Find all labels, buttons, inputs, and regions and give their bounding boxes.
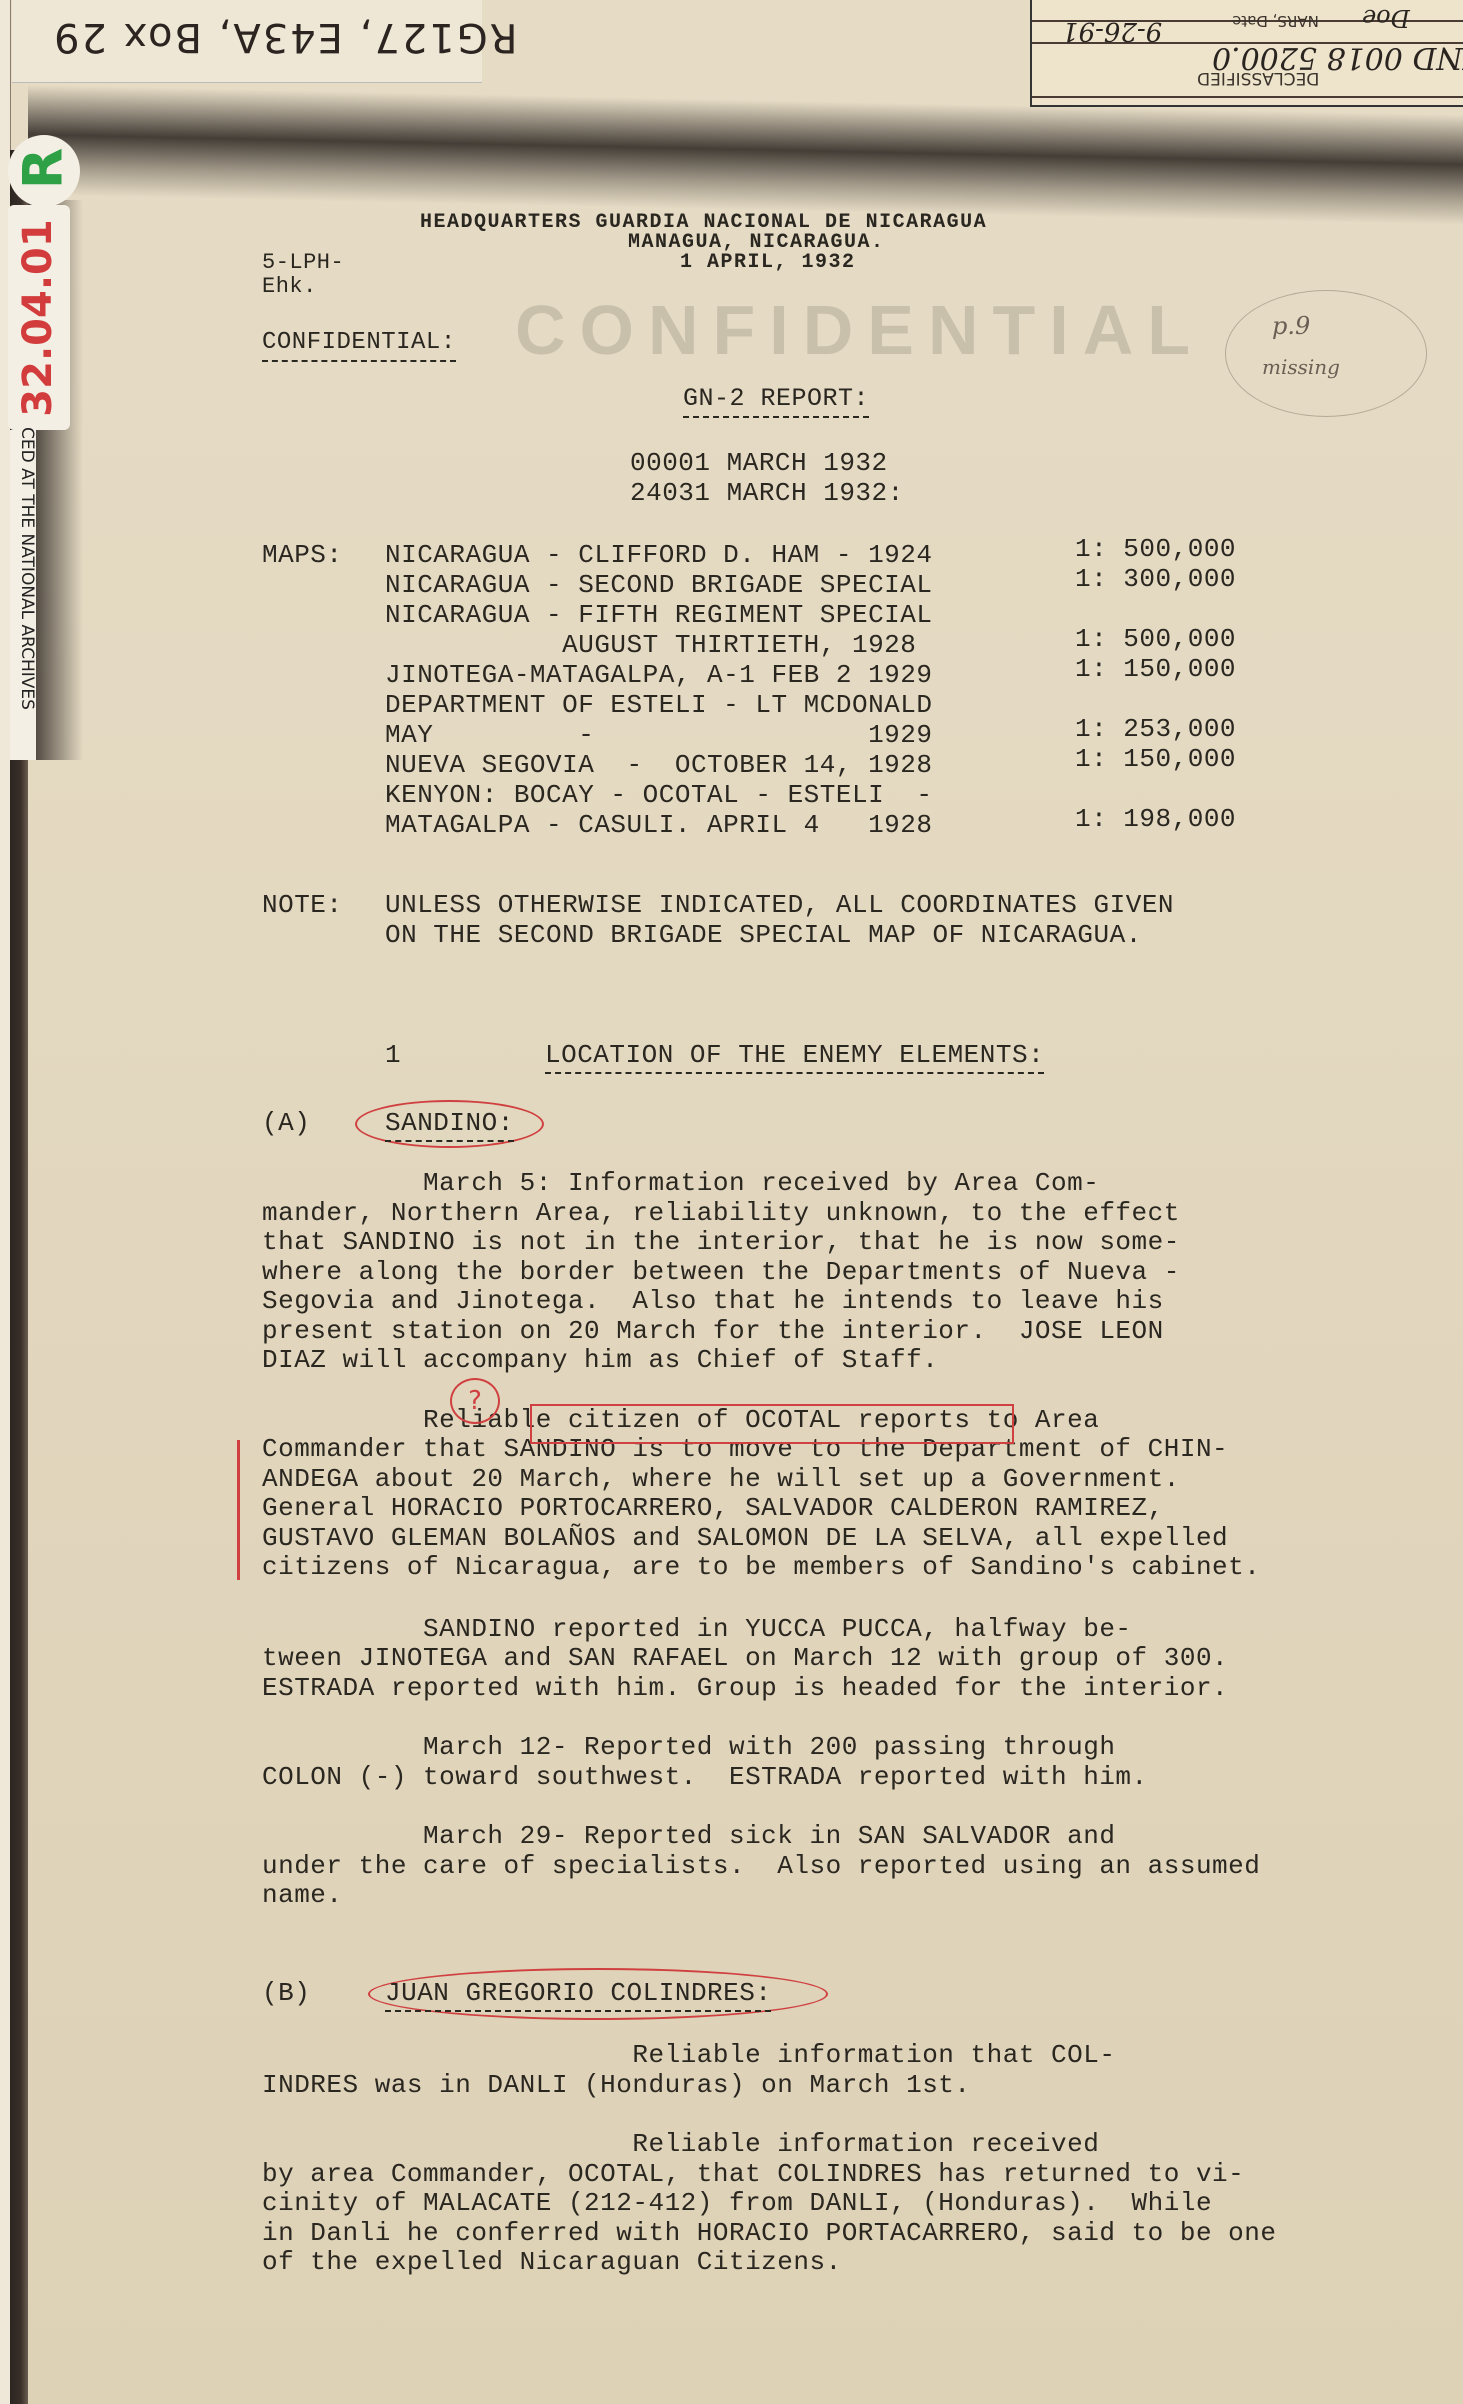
body-line: SANDINO reported in YUCCA PUCCA, halfway… <box>262 1614 1132 1644</box>
confidential-label: CONFIDENTIAL: <box>262 328 456 362</box>
date-line: 1 APRIL, 1932 <box>680 248 856 278</box>
pencil-note-circle <box>1225 290 1427 417</box>
map-scale: 1: 150,000 <box>1075 654 1236 684</box>
file-number: 32.04.01 <box>15 213 61 423</box>
review-mark-letter: R <box>11 148 74 190</box>
stamp-by: Doe <box>1362 4 1410 32</box>
stamp-declassified-label: DECLASSIFIED <box>1197 68 1319 88</box>
body-line: March 29- Reported sick in SAN SALVADOR … <box>262 1821 1115 1851</box>
map-scale: 1: 150,000 <box>1075 744 1236 774</box>
archive-label: RG127, E43A, Box 29 <box>12 0 482 83</box>
archives-stamp: CED AT THE NATIONAL ARCHIVES <box>10 430 36 760</box>
body-line: COLON (-) toward southwest. ESTRADA repo… <box>262 1762 1148 1792</box>
map-name: MAY - 1929 <box>385 720 933 750</box>
declassification-stamp: 9-26-91 NARS, Date Doe NND 0018 5200.0 D… <box>1030 0 1463 107</box>
body-line: tween JINOTEGA and SAN RAFAEL on March 1… <box>262 1643 1228 1673</box>
body-line: DIAZ will accompany him as Chief of Staf… <box>262 1345 938 1375</box>
pencil-note-page: p.9 <box>1272 312 1310 340</box>
maps-label: MAPS: <box>262 540 343 570</box>
map-scale: 1: 300,000 <box>1075 564 1236 594</box>
stamp-nars-date-label: NARS, Date <box>1232 12 1319 30</box>
map-name: NICARAGUA - SECOND BRIGADE SPECIAL <box>385 570 933 600</box>
stamp-line <box>1032 96 1463 98</box>
archive-ref-handwritten: RG127, E43A, Box 29 <box>52 14 518 60</box>
note-line-1: UNLESS OTHERWISE INDICATED, ALL COORDINA… <box>385 890 1174 920</box>
body-line: under the care of specialists. Also repo… <box>262 1851 1260 1881</box>
map-scale: 1: 253,000 <box>1075 714 1236 744</box>
pencil-note-missing: missing <box>1262 355 1340 379</box>
archives-stamp-text: CED AT THE NATIONAL ARCHIVES <box>17 427 37 757</box>
body-line: cinity of MALACATE (212-412) from DANLI,… <box>262 2188 1212 2218</box>
map-name: AUGUST THIRTIETH, 1928 <box>385 630 916 660</box>
note-label: NOTE: <box>262 890 343 920</box>
subsection-b-marker: (B) <box>262 1978 310 2008</box>
body-line: March 5: Information received by Area Co… <box>262 1168 1099 1198</box>
body-line: INDRES was in DANLI (Honduras) on March … <box>262 2070 971 2100</box>
body-line: Reliable information that COL- <box>262 2040 1115 2070</box>
file-number-tag: 32.04.01 <box>8 205 70 430</box>
body-line: GUSTAVO GLEMAN BOLAÑOS and SALOMON DE LA… <box>262 1523 1228 1553</box>
report-period-to: 24031 MARCH 1932: <box>630 478 904 508</box>
map-name: NICARAGUA - CLIFFORD D. HAM - 1924 <box>385 540 933 570</box>
initials: Ehk. <box>262 272 317 302</box>
subsection-a-marker: (A) <box>262 1108 310 1138</box>
question-annotation: ? <box>450 1378 500 1424</box>
document-page: RG127, E43A, Box 29 9-26-91 NARS, Date D… <box>0 0 1463 2404</box>
review-mark: R <box>8 135 80 207</box>
body-line: name. <box>262 1880 343 1910</box>
body-line: in Danli he conferred with HORACIO PORTA… <box>262 2218 1276 2248</box>
body-line: that SANDINO is not in the interior, tha… <box>262 1227 1180 1257</box>
body-line: mander, Northern Area, reliability unkno… <box>262 1198 1180 1228</box>
red-margin-line <box>237 1440 240 1580</box>
note-line-2: ON THE SECOND BRIGADE SPECIAL MAP OF NIC… <box>385 920 1142 950</box>
map-scale: 1: 198,000 <box>1075 804 1236 834</box>
body-line: present station on 20 March for the inte… <box>262 1316 1164 1346</box>
subsection-a-title: SANDINO: <box>385 1108 514 1142</box>
body-line: citizens of Nicaragua, are to be members… <box>262 1552 1260 1582</box>
map-scale: 1: 500,000 <box>1075 624 1236 654</box>
stamp-date: 9-26-91 <box>1062 16 1162 46</box>
report-period-from: 00001 MARCH 1932 <box>630 448 888 478</box>
report-title: GN-2 REPORT: <box>683 384 869 418</box>
body-line: of the expelled Nicaraguan Citizens. <box>262 2247 842 2277</box>
section-number: 1 <box>385 1040 401 1070</box>
map-name: MATAGALPA - CASULI. APRIL 4 1928 <box>385 810 933 840</box>
body-line: March 12- Reported with 200 passing thro… <box>262 1732 1115 1762</box>
map-name: DEPARTMENT OF ESTELI - LT MCDONALD <box>385 690 933 720</box>
confidential-stamp: CONFIDENTIAL <box>515 290 1204 370</box>
body-line: General HORACIO PORTOCARRERO, SALVADOR C… <box>262 1493 1164 1523</box>
body-line: ANDEGA about 20 March, where he will set… <box>262 1464 1180 1494</box>
body-line: where along the border between the Depar… <box>262 1257 1180 1287</box>
body-line: Segovia and Jinotega. Also that he inten… <box>262 1286 1164 1316</box>
subsection-b-title: JUAN GREGORIO COLINDRES: <box>385 1978 771 2012</box>
map-name: NUEVA SEGOVIA - OCTOBER 14, 1928 <box>385 750 933 780</box>
section-title: LOCATION OF THE ENEMY ELEMENTS: <box>545 1040 1044 1074</box>
map-name: JINOTEGA-MATAGALPA, A-1 FEB 2 1929 <box>385 660 933 690</box>
map-name: NICARAGUA - FIFTH REGIMENT SPECIAL <box>385 600 933 630</box>
map-name: KENYON: BOCAY - OCOTAL - ESTELI - <box>385 780 933 810</box>
body-line: ESTRADA reported with him. Group is head… <box>262 1673 1228 1703</box>
body-line: by area Commander, OCOTAL, that COLINDRE… <box>262 2159 1244 2189</box>
body-line: Reliable information received <box>262 2129 1099 2159</box>
map-scale: 1: 500,000 <box>1075 534 1236 564</box>
red-box-annotation <box>530 1404 1014 1444</box>
